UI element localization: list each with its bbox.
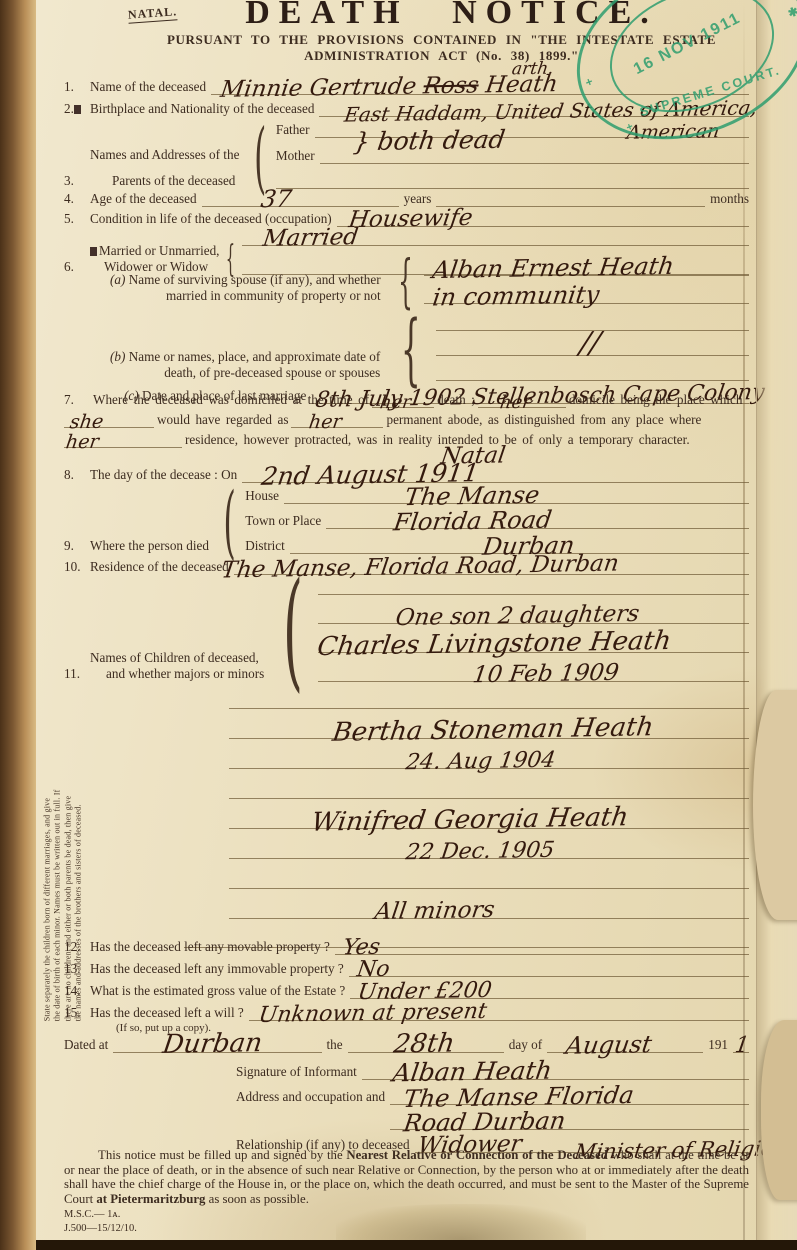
label-text: Name of surviving spouse (if any), and w…	[129, 272, 381, 287]
field-label: Has the deceased left any movable proper…	[90, 939, 335, 955]
mother-row: Mother } both dead	[276, 147, 749, 164]
field-10-row: 10. Residence of the deceased The Manse,…	[64, 558, 749, 575]
handwritten-dated-place: Durban	[161, 1030, 264, 1058]
field-label: Has the deceased left any immovable prop…	[90, 961, 349, 977]
field-14-row: 14. What is the estimated gross value of…	[64, 982, 749, 999]
handwritten-dated-day: 28th	[393, 1030, 457, 1057]
domicile-line-3: her residence, however protracted, was i…	[64, 432, 749, 448]
handwritten-spouse-name: Alban Ernest Heath	[431, 254, 676, 282]
district-row: District Durban	[245, 537, 749, 554]
handwritten-signature: Alban Heath	[391, 1058, 554, 1086]
district-label: District	[245, 538, 290, 554]
field-label-line1: Names and Addresses of the	[90, 147, 239, 163]
child-1-dob-row: 10 Feb 1909	[318, 665, 749, 682]
ruled-line: Road Durban	[390, 1113, 749, 1130]
address-row-2: Address and occupation and Road Durban	[236, 1113, 749, 1130]
ruled-line: in community	[424, 287, 749, 304]
field-number: 5.	[64, 211, 90, 227]
handwritten-movable: Yes	[342, 937, 382, 960]
field-label-line2: Parents of the deceased	[90, 173, 239, 189]
ruled-line: 2nd August 1911	[242, 466, 749, 483]
field-label-block: Names of Children of deceased, and wheth…	[90, 650, 268, 682]
field-number: 2.	[64, 101, 90, 117]
field-label: Age of the deceased	[90, 191, 202, 207]
paper-crease	[743, 0, 745, 1240]
field-number-text: 2.	[64, 101, 74, 116]
footer-text: as soon as possible.	[205, 1192, 308, 1206]
field-label-line1: Married or Unmarried,	[90, 243, 219, 259]
name-struck: Ross	[422, 72, 481, 99]
field-label: What is the estimated gross value of the…	[90, 983, 350, 999]
left-brace: (	[255, 127, 267, 189]
field-a-row: (a) Name of surviving spouse (if any), a…	[64, 258, 749, 304]
ruled-line: Yes	[335, 938, 749, 955]
signature-section: Signature of Informant Alban Heath Addre…	[36, 1063, 797, 1153]
ruled-line: Alban Ernest Heath	[424, 259, 749, 276]
predeceased-row: //	[436, 339, 749, 356]
stamp-bottom-text: SUPREME COURT.	[638, 63, 783, 119]
field-number: 3.	[64, 173, 90, 189]
house-row: House The Manse	[245, 487, 749, 504]
handwritten-child-name: Bertha Stoneman Heath	[331, 714, 655, 746]
ruled-line: Married	[242, 229, 749, 246]
inline-blank: her	[372, 392, 434, 408]
ruled-line: Winifred Georgia Heath	[229, 812, 749, 829]
footer-notice: This notice must be filled up and signed…	[64, 1148, 749, 1206]
field-letter: (a)	[110, 272, 125, 287]
child-3-dob-row: 22 Dec. 1905	[229, 842, 749, 859]
the-label: the	[322, 1037, 348, 1053]
years-label: years	[399, 191, 437, 207]
field-number: 9.	[64, 538, 90, 554]
footer-bold-text: Nearest Relative or Connection of the De…	[346, 1148, 607, 1162]
field-label-block: (a) Name of surviving spouse (if any), a…	[110, 272, 387, 304]
handwritten-she: she	[69, 413, 105, 433]
handwritten-her: her	[308, 413, 343, 433]
field-label: Birthplace and Nationality of the deceas…	[90, 101, 319, 117]
day-of-label: day of	[504, 1037, 547, 1053]
ruled-line: 22 Dec. 1905	[229, 842, 749, 859]
field-label-line2: married in community of property or not	[110, 288, 381, 304]
footer-bold-text: at Pietermaritzburg	[96, 1192, 205, 1206]
year-printed: 191	[703, 1037, 733, 1053]
handwritten-will: Unknown at present	[257, 1001, 488, 1027]
field-7: 7. Where the deceased was domiciled at t…	[36, 391, 797, 468]
child-1-row: Charles Livingstone Heath	[318, 636, 749, 653]
blank-row	[318, 578, 749, 595]
page-binding-edge	[0, 0, 36, 1250]
handwritten-all-minors: All minors	[373, 899, 496, 924]
field-letter: (b)	[110, 349, 125, 364]
label-text: Married or Unmarried,	[99, 243, 219, 258]
left-brace: {	[401, 319, 421, 381]
field-8-row: 8. The day of the decease : On 2nd Augus…	[64, 466, 749, 483]
handwritten-her: her	[499, 394, 532, 413]
handwritten-child-dob: 22 Dec. 1905	[404, 840, 555, 865]
ruled-line: Under £200	[350, 982, 749, 999]
minors-row: All minors	[229, 902, 749, 919]
stamp-date: 16 NOV 1911	[631, 9, 744, 79]
field-label-block: (b) Name or names, place, and approximat…	[110, 349, 386, 381]
field-number: 7.	[64, 392, 90, 408]
field-label: Where the person died	[90, 538, 214, 554]
child-2-row: Bertha Stoneman Heath	[229, 722, 749, 739]
signature-label: Signature of Informant	[236, 1064, 362, 1080]
field-number: 13.	[64, 961, 90, 977]
blank-row	[229, 782, 749, 799]
ruled-line	[276, 172, 749, 189]
handwritten-dated-month: August	[564, 1032, 653, 1057]
field-label-line1: (b) Name or names, place, and approximat…	[110, 349, 380, 365]
ruled-line: Bertha Stoneman Heath	[229, 722, 749, 739]
handwritten-immovable: No	[355, 959, 391, 982]
footer-text: This notice must be filled up and signed…	[98, 1148, 346, 1162]
ruled-line: Unknown at present	[249, 1004, 749, 1021]
inline-blank: her	[64, 432, 182, 448]
fields-8-10: 8. The day of the decease : On 2nd Augus…	[36, 466, 797, 575]
field-number: 11.	[64, 666, 90, 682]
field-label-line1: Names of Children of deceased,	[90, 650, 264, 666]
handwritten-community: in community	[431, 283, 601, 310]
field-number: 15.	[64, 1005, 90, 1021]
mother-label: Mother	[276, 148, 320, 164]
label-text: Name or names, place, and approximate da…	[129, 349, 381, 364]
field-number: 10.	[64, 559, 90, 575]
children-continued: State separately the children born of di…	[64, 692, 749, 919]
ruled-line	[318, 578, 749, 595]
handwritten-children-count: One son 2 daughters	[394, 603, 641, 630]
stamp-cross-icon: +	[583, 74, 595, 90]
inline-blank: her	[291, 412, 383, 428]
left-brace: (	[223, 490, 235, 554]
field-4-row: 4. Age of the deceased 37 years months	[64, 190, 749, 207]
field-label-line2: and whether majors or minors	[90, 666, 264, 682]
ruled-line: No	[349, 960, 749, 977]
children-count-row: One son 2 daughters	[318, 607, 749, 624]
domicile-line-1: 7. Where the deceased was domiciled at t…	[64, 392, 749, 408]
death-notice-form: NATAL. DEATH NOTICE. PURSUANT TO THE PRO…	[36, 0, 797, 1240]
printed-text: residence, however protracted, was in re…	[182, 432, 693, 448]
handwritten-none-mark: //	[578, 329, 602, 359]
ruled-line: One son 2 daughters	[318, 607, 749, 624]
handwritten-married: Married	[261, 226, 359, 251]
dated-row: Dated at Durban the 28th day of August 1…	[64, 1036, 749, 1053]
field-9-row: 9. Where the person died ( House The Man…	[64, 487, 749, 554]
region-label: NATAL.	[128, 4, 178, 23]
field-label: Has the deceased left a will ?	[90, 1005, 249, 1021]
stamp-cross-icon: +	[625, 121, 635, 135]
printed-text: would have regarded as	[154, 412, 291, 428]
blank-row	[229, 872, 749, 889]
inline-blank: her	[478, 392, 566, 408]
domicile-line-2: she would have regarded as her permanent…	[64, 412, 749, 428]
field-label: Residence of the deceased	[90, 559, 234, 575]
field-label: The day of the decease : On	[90, 467, 242, 483]
children-section: 11. Names of Children of deceased, and w…	[36, 578, 797, 948]
ruled-line: 24. Aug 1904	[229, 752, 749, 769]
ruled-line: Charles Livingstone Heath	[318, 636, 749, 653]
died-place-lines: House The Manse Town or Place Florida Ro…	[245, 487, 749, 554]
children-lines: One son 2 daughters Charles Livingstone …	[318, 578, 749, 682]
address-row: Address and occupation and The Manse Flo…	[236, 1088, 749, 1105]
spouse-fields: (a) Name of surviving spouse (if any), a…	[36, 258, 797, 404]
field-15-row: 15. Has the deceased left a will ? Unkno…	[64, 1004, 749, 1021]
field-label-line1: (a) Name of surviving spouse (if any), a…	[110, 272, 381, 288]
child-3-row: Winifred Georgia Heath	[229, 812, 749, 829]
inline-blank: she	[64, 412, 154, 428]
handwritten-her: her	[379, 394, 412, 413]
field-13-row: 13. Has the deceased left any immovable …	[64, 960, 749, 977]
handwritten-town: Florida Road	[392, 508, 553, 535]
field-5-row: 5. Condition in life of the deceased (oc…	[64, 210, 749, 227]
stamp-star-icon: ✱	[786, 4, 797, 21]
blank-row	[229, 692, 749, 709]
field-label-block: Names and Addresses of the Parents of th…	[90, 147, 245, 189]
name-part: Minnie Gertrude	[219, 73, 426, 103]
handwritten-child-dob: 24. Aug 1904	[404, 750, 557, 775]
ruled-line	[436, 190, 705, 207]
field-number: 8.	[64, 467, 90, 483]
address-label: Address and occupation and	[236, 1089, 390, 1105]
ruled-line	[229, 692, 749, 709]
predeceased-lines: //	[436, 314, 749, 381]
spouse-lines: Alban Ernest Heath in community	[424, 259, 749, 304]
ruled-line	[436, 364, 749, 381]
field-number: 12.	[64, 939, 90, 955]
ruled-line: August	[547, 1036, 703, 1053]
ruled-line	[229, 782, 749, 799]
ruled-line: The Manse	[284, 487, 749, 504]
ruled-line: 10 Feb 1909	[318, 665, 749, 682]
handwritten-age: 37	[259, 187, 293, 212]
ruled-line: Housewife	[337, 210, 749, 227]
ruled-line: 37	[202, 190, 399, 207]
ruled-line: The Manse, Florida Road, Durban	[234, 558, 749, 575]
handwritten-child-dob: 10 Feb 1909	[471, 662, 620, 688]
ruled-line	[229, 872, 749, 889]
stamp-top-text: MASTER,	[677, 0, 758, 1]
ruled-line: Florida Road	[326, 512, 749, 529]
field-11-row: 11. Names of Children of deceased, and w…	[64, 578, 749, 682]
left-brace: {	[398, 258, 413, 304]
father-label: Father	[276, 122, 315, 138]
town-label: Town or Place	[245, 513, 326, 529]
field-12-row: 12. Has the deceased left any movable pr…	[64, 938, 749, 955]
printed-text: permanent abode, as distinguished from a…	[383, 412, 704, 428]
ink-blot	[90, 247, 97, 256]
field-number: 4.	[64, 191, 90, 207]
ruled-line: 28th	[348, 1036, 504, 1053]
spouse-name-row: Alban Ernest Heath	[424, 259, 749, 276]
blank-row	[436, 364, 749, 381]
handwritten-parents-status: } both dead	[352, 127, 507, 155]
printed-text: Where the deceased was domiciled at the …	[90, 392, 372, 408]
torn-paper-patch	[761, 1020, 797, 1200]
child-2-dob-row: 24. Aug 1904	[229, 752, 749, 769]
field-label: Name of the deceased	[90, 79, 211, 95]
printed-text: domicile being the place which	[566, 392, 746, 408]
signature-row: Signature of Informant Alban Heath	[236, 1063, 749, 1080]
handwritten-name: Minnie Gertrude Ross Heath	[219, 73, 559, 102]
field-label-line2: death, of pre-deceased spouse or spouses	[110, 365, 380, 381]
field-b-row: (b) Name or names, place, and approximat…	[64, 314, 749, 381]
bottom-tear-stain	[336, 1204, 586, 1240]
ruled-line: } both dead	[320, 147, 749, 164]
field-number: 1.	[64, 79, 90, 95]
handwritten-annotation: arth.	[511, 61, 555, 79]
town-row: Town or Place Florida Road	[245, 512, 749, 529]
printed-text: death ;	[434, 392, 478, 408]
dated-at-label: Dated at	[64, 1037, 113, 1053]
field-number: 14.	[64, 983, 90, 999]
torn-paper-patch	[753, 690, 797, 920]
blank-row	[276, 172, 749, 189]
handwritten-child-name: Charles Livingstone Heath	[316, 628, 673, 660]
fields-12-15: 12. Has the deceased left any movable pr…	[36, 938, 797, 1053]
ruled-line: All minors	[229, 902, 749, 919]
ink-blot	[74, 105, 81, 114]
handwritten-child-name: Winifred Georgia Heath	[310, 804, 630, 836]
house-label: House	[245, 488, 284, 504]
left-brace: (	[283, 580, 303, 682]
ruled-line: //	[436, 339, 749, 356]
ruled-line: 1	[733, 1036, 749, 1053]
ruled-line: Durban	[113, 1036, 321, 1053]
married-line-row: Married	[242, 229, 749, 246]
ruled-line: Alban Heath	[362, 1063, 749, 1080]
ruled-line: The Manse Florida	[390, 1088, 749, 1105]
community-row: in community	[424, 287, 749, 304]
